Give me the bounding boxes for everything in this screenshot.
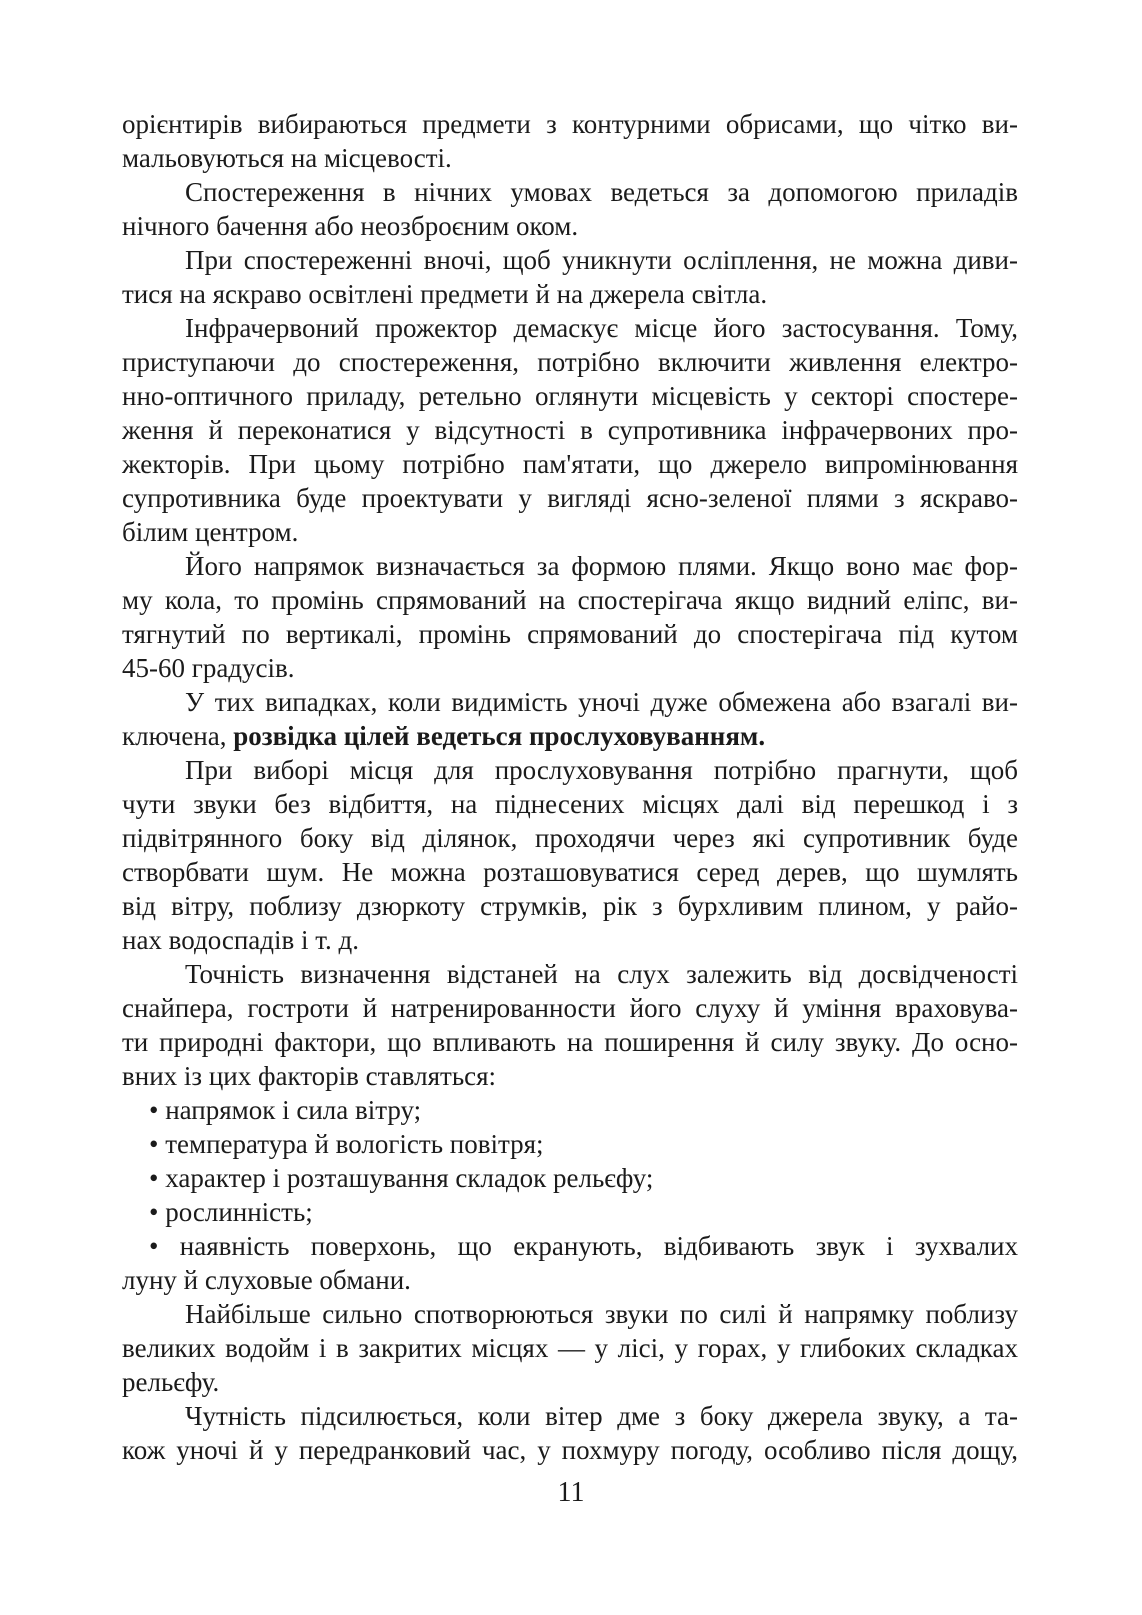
text-line: Спостереження в нічних умовах ведеться з… — [122, 175, 1018, 209]
list-item-line: • рослинність; — [122, 1195, 1018, 1229]
list-item-line: • характер і розташування складок рельєф… — [122, 1161, 1018, 1195]
text-line: приступаючи до спостереження, потрібно в… — [122, 345, 1018, 379]
text-line: Його напрямок визначається за формою пля… — [122, 549, 1018, 583]
text-line: тягнутий по вертикалі, промінь спрямован… — [122, 617, 1018, 651]
list-item-line: • температура й вологість повітря; — [122, 1127, 1018, 1161]
text-line: нно-оптичного приладу, ретельно оглянути… — [122, 379, 1018, 413]
text-line: При виборі місця для прослуховування пот… — [122, 753, 1018, 787]
text-line: жекторів. При цьому потрібно пам'ятати, … — [122, 447, 1018, 481]
text-line: орієнтирів вибираються предмети з контур… — [122, 107, 1018, 141]
text-line: великих водойм і в закритих місцях — у л… — [122, 1331, 1018, 1365]
text-line: тися на яскраво освітлені предмети й на … — [122, 277, 1018, 311]
text-line: вних із цих факторів ставляться: — [122, 1059, 1018, 1093]
page-number: 11 — [0, 1477, 1142, 1509]
text-line: Чутність підсилюється, коли вітер дме з … — [122, 1399, 1018, 1433]
list-item-line: • напрямок і сила вітру; — [122, 1093, 1018, 1127]
text-line: білим центром. — [122, 515, 1018, 549]
text-line: від вітру, поблизу дзюркоту струмків, рі… — [122, 889, 1018, 923]
text-segment: ключена, — [122, 721, 233, 751]
list-item-line: • наявність поверхонь, що екранують, від… — [122, 1229, 1018, 1263]
text-line: Точність визначення відстаней на слух за… — [122, 957, 1018, 991]
text-line: мальовуються на місцевості. — [122, 141, 1018, 175]
document-page: { "page": { "number": "11", "background"… — [0, 0, 1142, 1615]
text-line: У тих випадках, коли видимість уночі дуж… — [122, 685, 1018, 719]
text-line: Найбільше сильно спотворюються звуки по … — [122, 1297, 1018, 1331]
text-line: рельєфу. — [122, 1365, 1018, 1399]
text-line: супротивника буде проектувати у вигляді … — [122, 481, 1018, 515]
bold-emphasis: розвідка цілей ведеться прослуховуванням… — [233, 721, 765, 751]
text-line: підвітрянного боку від ділянок, проходяч… — [122, 821, 1018, 855]
body-text-block: орієнтирів вибираються предмети з контур… — [122, 107, 1018, 1467]
text-line: ження й переконатися у відсутності в суп… — [122, 413, 1018, 447]
text-line: кож уночі й у передранковий час, у похму… — [122, 1433, 1018, 1467]
text-line: створбвати шум. Не можна розташовуватися… — [122, 855, 1018, 889]
text-line: 45-60 градусів. — [122, 651, 1018, 685]
text-line: ти природні фактори, що впливають на пош… — [122, 1025, 1018, 1059]
text-line: чути звуки без відбиття, на піднесених м… — [122, 787, 1018, 821]
text-line: му кола, то промінь спрямований на спост… — [122, 583, 1018, 617]
text-line: снайпера, гостроти й натренированности й… — [122, 991, 1018, 1025]
text-line: ключена, розвідка цілей ведеться прослух… — [122, 719, 1018, 753]
text-line: При спостереженні вночі, щоб уникнути ос… — [122, 243, 1018, 277]
text-line: Інфрачервоний прожектор демаскує місце й… — [122, 311, 1018, 345]
text-line: луну й слуховые обмани. — [122, 1263, 1018, 1297]
text-line: нах водоспадів і т. д. — [122, 923, 1018, 957]
text-line: нічного бачення або неозброєним оком. — [122, 209, 1018, 243]
